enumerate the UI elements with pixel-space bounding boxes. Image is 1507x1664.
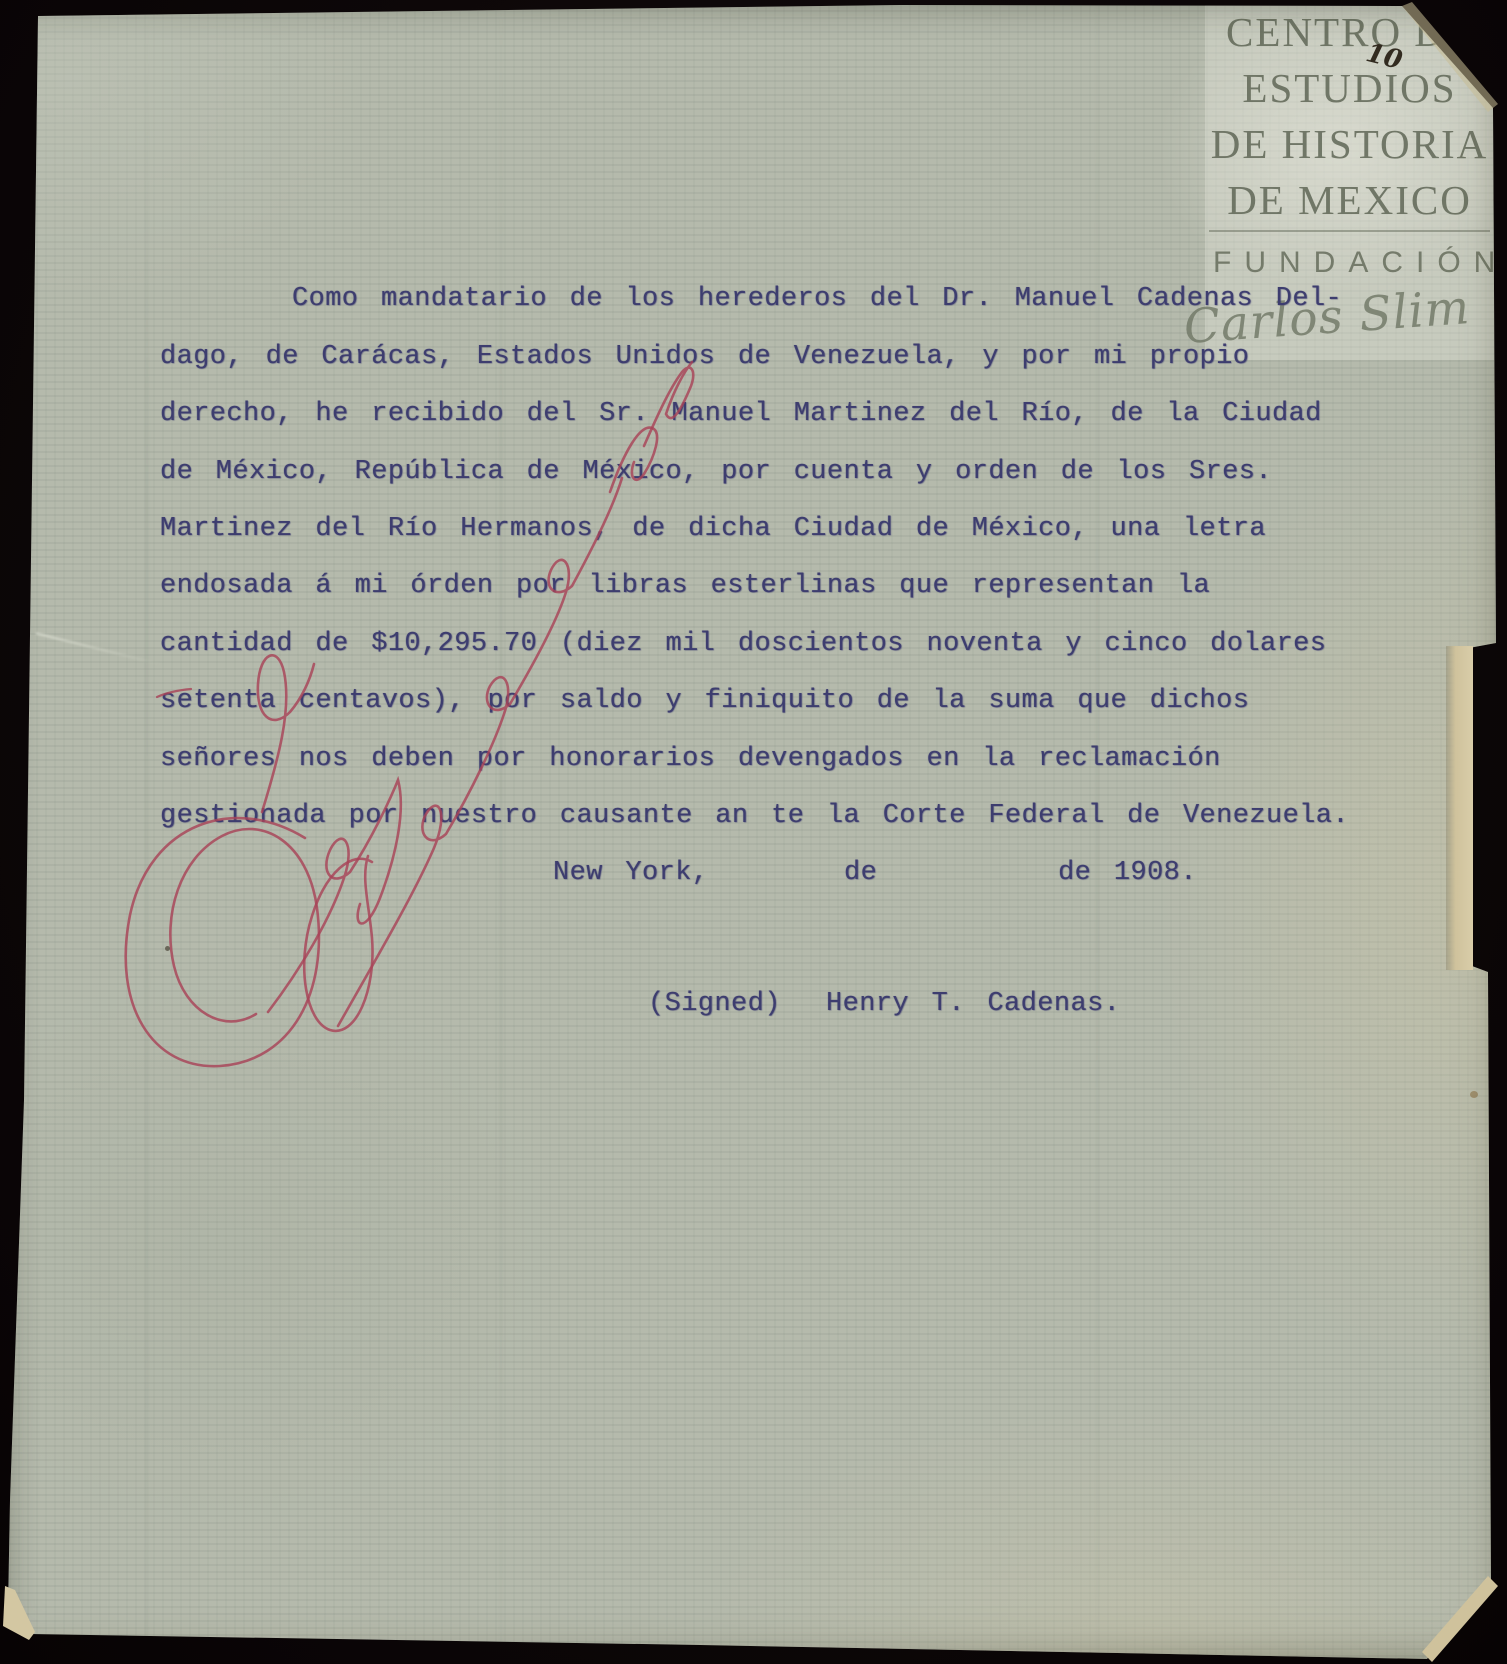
typed-signature-line: (Signed) Henry T. Cadenas. (648, 988, 1120, 1020)
paper-crease (1096, 0, 1098, 1664)
typed-date-line: New York, de de 1908. (553, 857, 1197, 889)
typed-line: cantidad de $10,295.70 (diez mil doscien… (160, 628, 1326, 660)
paper-speck (1470, 1091, 1478, 1098)
handwritten-page-number: 10 (1363, 38, 1405, 76)
watermark-line: DE HISTORIA (1205, 116, 1494, 172)
watermark-foundation-label: FUNDACIÓN (1205, 232, 1494, 280)
typed-line: de México, República de México, por cuen… (160, 456, 1272, 488)
letter-page: CENTRO DE ESTUDIOS DE HISTORIA DE MEXICO… (0, 0, 1507, 1664)
paper-crease (500, 0, 502, 1664)
scanned-document: CENTRO DE ESTUDIOS DE HISTORIA DE MEXICO… (0, 0, 1507, 1664)
paper-speck (165, 946, 170, 951)
typed-line: derecho, he recibido del Sr. Manuel Mart… (160, 398, 1322, 430)
paper-crease (146, 0, 148, 1664)
paper-crease (36, 632, 163, 665)
torn-edge-fold (1446, 646, 1473, 970)
watermark-divider (1209, 230, 1490, 232)
typed-line: endosada á mi órden por libras esterlina… (160, 570, 1210, 602)
typed-line: señores nos deben por honorarios devenga… (160, 743, 1221, 775)
typed-line: Como mandatario de los herederos del Dr.… (292, 283, 1342, 315)
typed-line: setenta centavos), por saldo y finiquito… (160, 685, 1249, 717)
watermark-line: DE MEXICO (1205, 172, 1494, 228)
watermark-line: ESTUDIOS (1205, 60, 1494, 116)
watermark-carlos-slim-signature: Carlos Slim (1155, 278, 1498, 357)
typed-line: gestionada por nuestro causante an te la… (160, 800, 1349, 832)
red-ink-annotation (0, 0, 1507, 1664)
typed-line: Martinez del Río Hermanos, de dicha Ciud… (160, 513, 1266, 545)
typed-line: dago, de Carácas, Estados Unidos de Vene… (160, 341, 1249, 373)
